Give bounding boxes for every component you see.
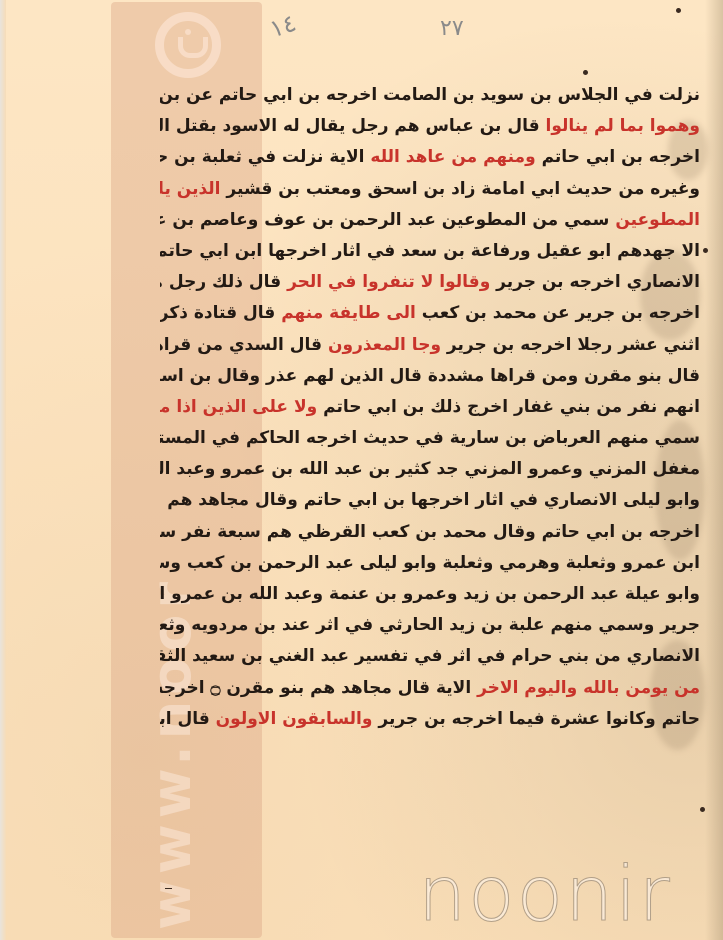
rubric-text: الى طايفة منهم (281, 303, 416, 323)
body-text: قال ذلك رجل من بني سلمة (160, 272, 287, 292)
body-text: الانصاري اخرجه بن جرير (490, 272, 700, 292)
body-text: سمي منهم العرباض بن سارية في حديث اخرجه … (160, 428, 700, 448)
manuscript-line: وابو ليلى الانصاري في اثار اخرجها بن ابي… (160, 485, 700, 516)
ink-dot (676, 8, 681, 13)
bottom-watermark-text: noonir (418, 856, 672, 932)
body-text: قال بن عباس هم رجل يقال له الاسود بقتل ا… (160, 116, 546, 136)
manuscript-line: وابو عيلة عبد الرحمن بن زيد وعمرو بن عنم… (160, 579, 700, 610)
manuscript-line: المطوعين سمي من المطوعين عبد الرحمن بن ع… (160, 205, 700, 236)
manuscript-line: ابن عمرو وثعلبة وهرمي وثعلبة وابو ليلى ع… (160, 548, 700, 579)
body-text: قال السدي من قراها خفيفة (160, 335, 328, 355)
body-text: اخرجه بن جرير عن محمد بن كعب (416, 303, 700, 323)
body-text: الانصاري من بني حرام في اثر في تفسير عبد… (160, 646, 700, 666)
manuscript-line: انهم نفر من بني غفار اخرج ذلك بن ابي حات… (160, 392, 700, 423)
manuscript-line: نزلت في الجلاس بن سويد بن الصامت اخرجه ب… (160, 80, 700, 111)
body-text: نزلت في الجلاس بن سويد بن الصامت اخرجه ب… (160, 85, 700, 105)
manuscript-line: اخرجه بن جرير عن محمد بن كعب الى طايفة م… (160, 298, 700, 329)
manuscript-line: من يومن بالله واليوم الاخر الاية قال مجا… (160, 673, 700, 704)
body-text: اخرجه بن ابي حاتم (536, 147, 700, 167)
body-text: الاية قال مجاهد هم بنو مقرن ۝ اخرجه بن ا… (160, 678, 477, 698)
body-text: اخرجه بن ابي حاتم وقال محمد بن كعب القرظ… (160, 522, 700, 542)
manuscript-line: حاتم وكانوا عشرة فيما اخرجه بن جرير والس… (160, 704, 700, 735)
manuscript-line: قال بنو مقرن ومن قراها مشددة قال الذين ل… (160, 361, 700, 392)
manuscript-page: www.noor ١٤ ٢٧ نزلت في الجلاس بن سويد بن… (0, 0, 723, 940)
body-text: وغيره من حديث ابي امامة زاد بن اسحق ومعت… (221, 179, 700, 199)
body-text: اثني عشر رجلا اخرجه بن جرير (441, 335, 700, 355)
body-text: الاية نزلت في ثعلبة بن حاطب اخرجه الطبرا… (160, 147, 370, 167)
rubric-text: من يومن بالله واليوم الاخر (477, 678, 700, 698)
manuscript-line: الانصاري من بني حرام في اثر في تفسير عبد… (160, 641, 700, 672)
manuscript-line: مغفل المزني وعمرو المزني جد كثير بن عبد … (160, 454, 700, 485)
body-text: جرير وسمي منهم علبة بن زيد الحارثي في اث… (160, 615, 700, 635)
rubric-text: الذين يلمزون (160, 179, 221, 199)
ink-dot (703, 248, 708, 253)
ink-dot (583, 70, 588, 75)
margin-mark (165, 888, 172, 889)
body-text: ابن عمرو وثعلبة وهرمي وثعلبة وابو ليلى ع… (160, 553, 700, 573)
manuscript-line: اخرجه بن ابي حاتم ومنهم من عاهد الله الا… (160, 142, 700, 173)
folio-number-right: ٢٧ (440, 16, 464, 41)
folio-number-left: ١٤ (266, 9, 299, 44)
rubric-text: ولا على الذين اذا ما اتوك (160, 397, 317, 417)
body-text: وابو عيلة عبد الرحمن بن زيد وعمرو بن عنم… (160, 584, 700, 604)
manuscript-text: نزلت في الجلاس بن سويد بن الصامت اخرجه ب… (160, 80, 700, 735)
body-text: الا جهدهم ابو عقيل ورفاعة بن سعد في اثار… (160, 241, 700, 261)
rubric-text: وجا المعذرون (328, 335, 441, 355)
rubric-text: والسابقون الاولون (216, 709, 373, 729)
body-text: وابو ليلى الانصاري في اثار اخرجها بن ابي… (160, 490, 700, 510)
circle-logo-icon (155, 12, 221, 78)
page-right-edge (705, 0, 723, 940)
rubric-text: وقالوا لا تنفروا في الحر (287, 272, 490, 292)
rubric-text: ومنهم من عاهد الله (370, 147, 535, 167)
manuscript-line: اخرجه بن ابي حاتم وقال محمد بن كعب القرظ… (160, 517, 700, 548)
body-text: انهم نفر من بني غفار اخرج ذلك بن ابي حات… (317, 397, 700, 417)
manuscript-line: الا جهدهم ابو عقيل ورفاعة بن سعد في اثار… (160, 236, 700, 267)
body-text: سمي من المطوعين عبد الرحمن بن عوف وعاصم … (160, 210, 615, 230)
page-left-edge (0, 0, 6, 940)
body-text: مغفل المزني وعمرو المزني جد كثير بن عبد … (160, 459, 700, 479)
rubric-text: المطوعين (615, 210, 700, 230)
body-text: حاتم وكانوا عشرة فيما اخرجه بن جرير (372, 709, 700, 729)
manuscript-line: وغيره من حديث ابي امامة زاد بن اسحق ومعت… (160, 174, 700, 205)
manuscript-line: جرير وسمي منهم علبة بن زيد الحارثي في اث… (160, 610, 700, 641)
body-text: قال بنو مقرن ومن قراها مشددة قال الذين ل… (160, 366, 700, 386)
rubric-text: وهموا بما لم ينالوا (546, 116, 700, 136)
manuscript-line: اثني عشر رجلا اخرجه بن جرير وجا المعذرون… (160, 330, 700, 361)
manuscript-line: سمي منهم العرباض بن سارية في حديث اخرجه … (160, 423, 700, 454)
body-text: قال ابو (160, 709, 216, 729)
manuscript-line: الانصاري اخرجه بن جرير وقالوا لا تنفروا … (160, 267, 700, 298)
ink-dot (700, 807, 705, 812)
body-text: قال قتادة ذكر لنا انهم كانوا (160, 303, 281, 323)
manuscript-line: وهموا بما لم ينالوا قال بن عباس هم رجل ي… (160, 111, 700, 142)
